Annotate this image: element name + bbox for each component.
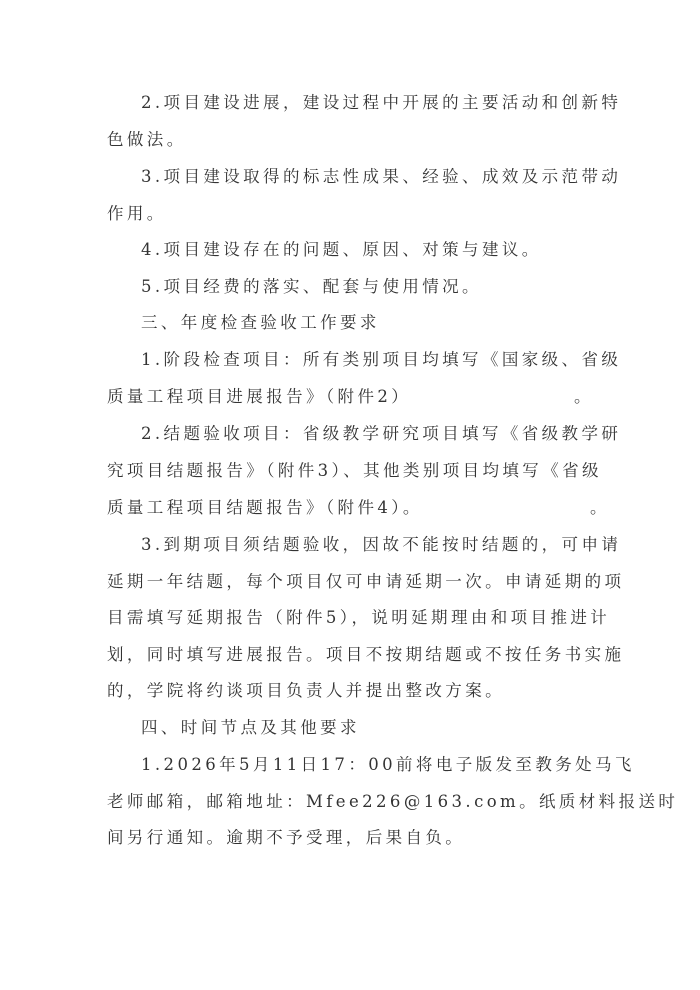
document-page: 2.项目建设进展，建设过程中开展的主要活动和创新特 色做法。 3.项目建设取得的… [0, 0, 700, 990]
trailing-period-2: 。 [590, 496, 607, 520]
section-3-item-3-cont-4: 的，学院将约谈项目负责人并提出整改方案。 [107, 679, 597, 703]
item-2-progress-cont: 色做法。 [107, 128, 597, 152]
item-5-funding: 5.项目经费的落实、配套与使用情况。 [141, 275, 597, 299]
section-3-item-1: 1.阶段检查项目：所有类别项目均填写《国家级、省级 [141, 348, 597, 372]
section-3-item-2-cont-1: 究项目结题报告》（附件3）、其他类别项目均填写《省级 [107, 459, 597, 483]
item-2-progress: 2.项目建设进展，建设过程中开展的主要活动和创新特 [141, 91, 597, 115]
section-3-item-3-cont-2: 目需填写延期报告（附件5），说明延期理由和项目推进计 [107, 606, 597, 630]
section-3-item-3-cont-3: 划，同时填写进展报告。项目不按期结题或不按任务书实施 [107, 643, 597, 667]
trailing-period-1: 。 [574, 385, 591, 409]
item-3-achievements-cont: 作用。 [107, 202, 597, 226]
section-4-heading: 四、时间节点及其他要求 [141, 716, 597, 740]
item-4-problems: 4.项目建设存在的问题、原因、对策与建议。 [141, 238, 597, 262]
section-3-heading: 三、年度检查验收工作要求 [141, 311, 597, 335]
section-3-item-2: 2.结题验收项目：省级教学研究项目填写《省级教学研 [141, 422, 597, 446]
section-3-item-3: 3.到期项目须结题验收，因故不能按时结题的，可申请 [141, 533, 597, 557]
section-3-item-2-cont-2: 质量工程项目结题报告》（附件4）。 [107, 496, 597, 520]
section-4-item-1-cont-1: 老师邮箱，邮箱地址：Mfee226@163.com。纸质材料报送时 [107, 790, 597, 814]
section-4-item-1: 1.2026年5月11日17：00前将电子版发至教务处马飞 [141, 753, 597, 777]
section-3-item-3-cont-1: 延期一年结题，每个项目仅可申请延期一次。申请延期的项 [107, 570, 597, 594]
item-3-achievements: 3.项目建设取得的标志性成果、经验、成效及示范带动 [141, 165, 597, 189]
section-3-item-1-cont: 质量工程项目进展报告》（附件2） [107, 385, 597, 409]
section-4-item-1-cont-2: 间另行通知。逾期不予受理，后果自负。 [107, 826, 597, 850]
